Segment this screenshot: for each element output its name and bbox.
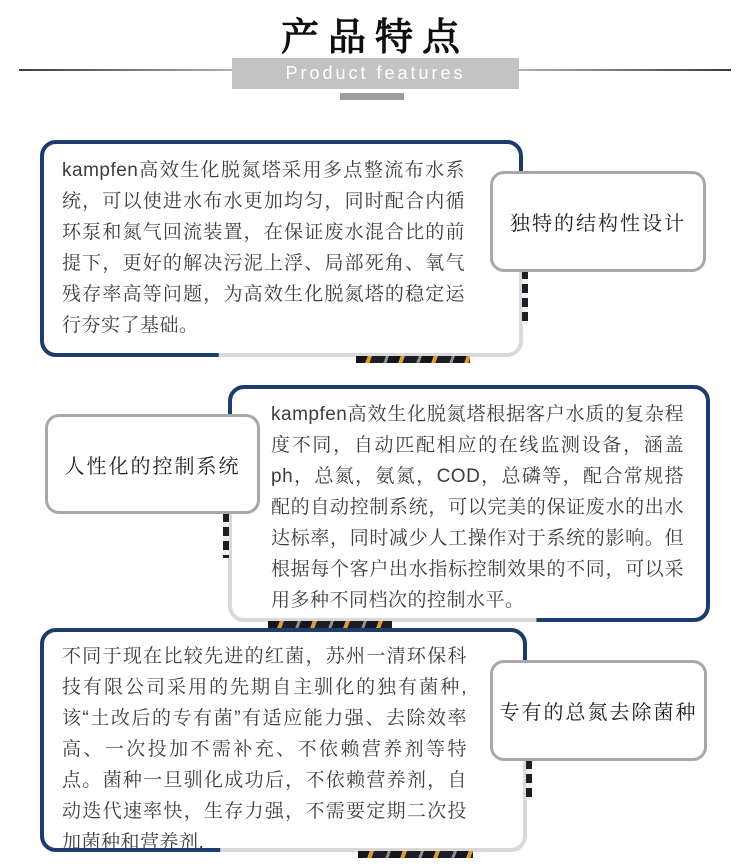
photo-sliver-bottom xyxy=(356,356,470,363)
page-title: 产品特点 xyxy=(0,6,750,61)
feature-text: kampfen高效生化脱氮塔根据客户水质的复杂程度不同，自动匹配相应的在线监测设… xyxy=(228,385,710,616)
feature-text: kampfen高效生化脱氮塔采用多点整流布水系统，可以使进水布水更加均匀，同时配… xyxy=(40,140,523,341)
photo-sliver-edge xyxy=(223,513,229,558)
feature-panel-control: kampfen高效生化脱氮塔根据客户水质的复杂程度不同，自动匹配相应的在线监测设… xyxy=(228,385,710,622)
feature-panel-structure: kampfen高效生化脱氮塔采用多点整流布水系统，可以使进水布水更加均匀，同时配… xyxy=(40,140,523,357)
feature-label-bacteria: 专有的总氮去除菌种 xyxy=(490,660,707,761)
photo-sliver-bottom xyxy=(268,621,392,628)
photo-sliver-bottom xyxy=(358,851,473,858)
photo-sliver-edge xyxy=(526,760,532,800)
subtitle-text: Product features xyxy=(285,63,465,84)
header-accent-bar xyxy=(340,93,404,100)
product-features-page: 产品特点 Product features kampfen高效生化脱氮塔采用多点… xyxy=(0,0,750,868)
feature-text: 不同于现在比较先进的红菌，苏州一清环保科技有限公司采用的先期自主驯化的独有菌种,… xyxy=(40,628,527,858)
feature-panel-bacteria: 不同于现在比较先进的红菌，苏州一清环保科技有限公司采用的先期自主驯化的独有菌种,… xyxy=(40,628,527,852)
feature-label-text: 独特的结构性设计 xyxy=(510,207,686,236)
subtitle-banner: Product features xyxy=(232,58,519,89)
header-divider-right xyxy=(519,69,731,71)
feature-label-control: 人性化的控制系统 xyxy=(45,414,260,514)
feature-label-structure: 独特的结构性设计 xyxy=(490,171,706,272)
photo-sliver-edge xyxy=(522,270,528,325)
header-divider-left xyxy=(19,69,232,71)
feature-label-text: 人性化的控制系统 xyxy=(65,450,241,479)
feature-label-text: 专有的总氮去除菌种 xyxy=(500,696,698,725)
